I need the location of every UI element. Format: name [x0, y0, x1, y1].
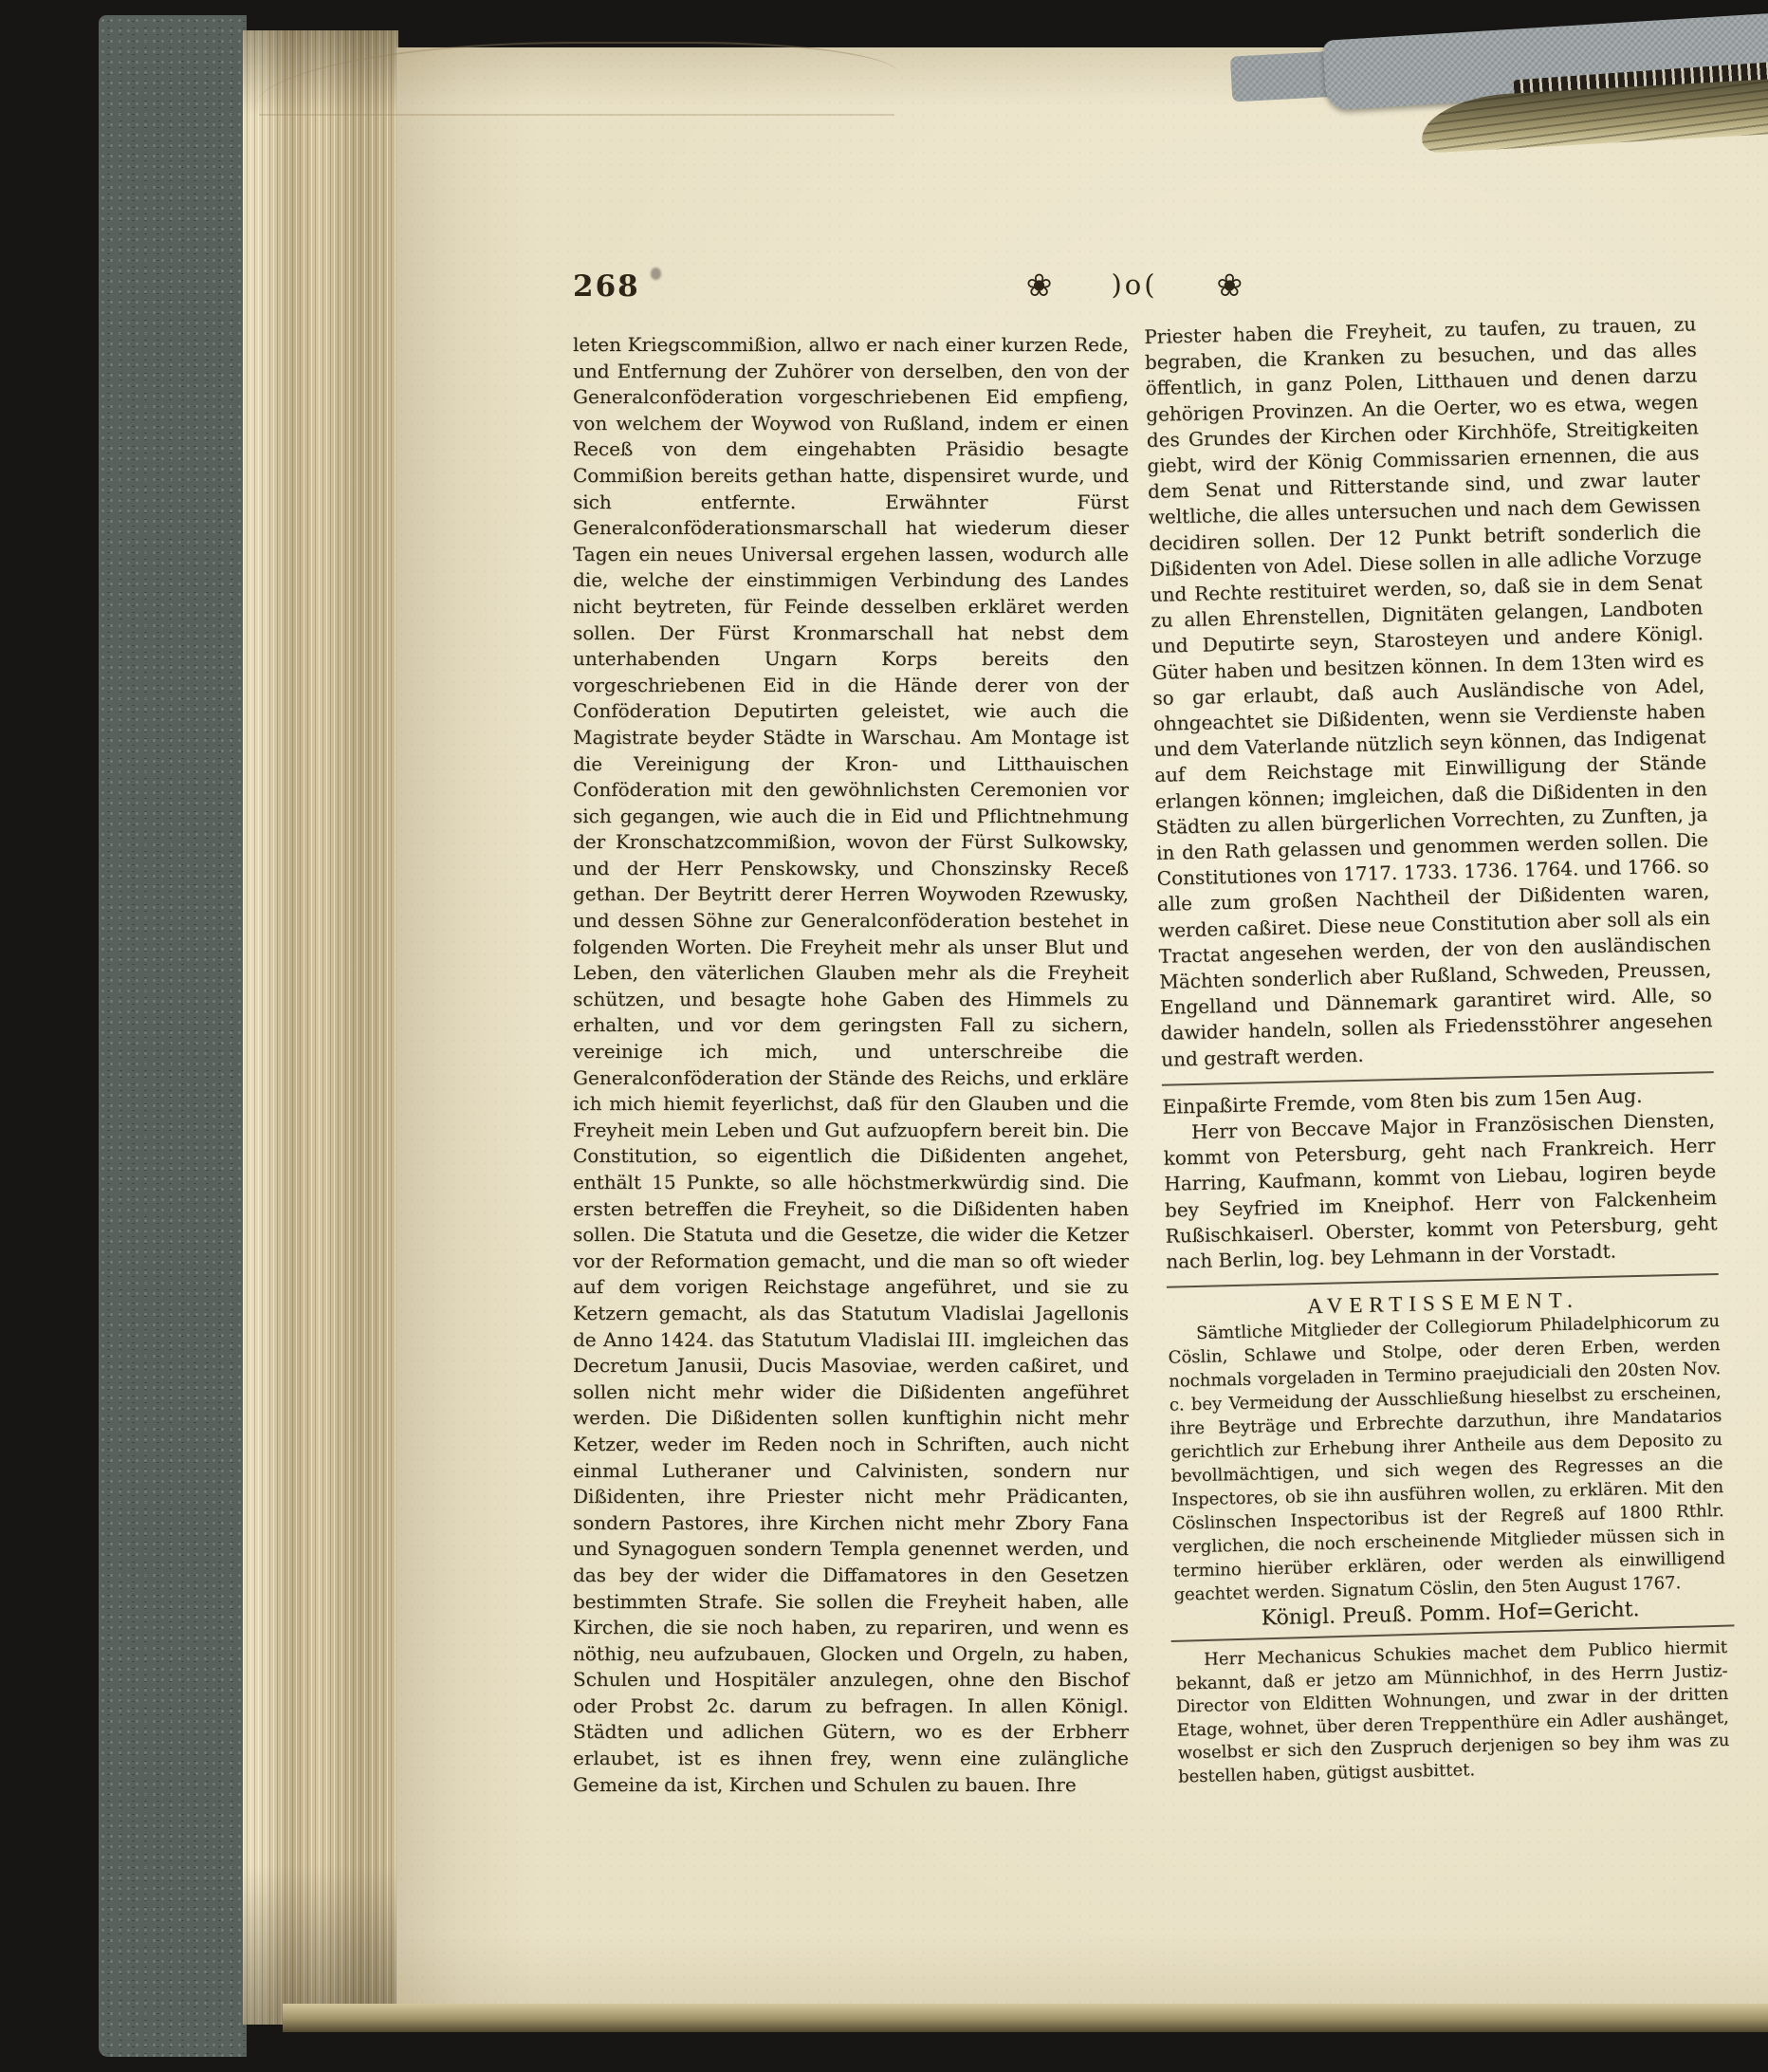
page-number: 268	[573, 269, 640, 304]
floral-ornament-icon: ❀	[1217, 269, 1243, 301]
avertissement-text: Sämtliche Mitglieder der Collegiorum Phi…	[1168, 1309, 1726, 1607]
right-column-text: Priester haben die Freyheit, zu taufen, …	[1144, 311, 1713, 1072]
page-bottom-edge	[283, 2004, 1768, 2032]
right-column: Priester haben die Freyheit, zu taufen, …	[1144, 311, 1730, 1789]
book-photo: 268 ❀ )o( ❀ leten Kriegscommißion, allwo…	[0, 0, 1768, 2072]
arrivals-text: Herr von Beccave Major in Französischen …	[1163, 1107, 1719, 1275]
book-cover-edge	[99, 15, 247, 2057]
book-page: 268 ❀ )o( ❀ leten Kriegscommißion, allwo…	[396, 47, 1768, 2019]
signature-mark: )o(	[1111, 271, 1157, 299]
public-notice-text: Herr Mechanicus Schukies machet dem Publ…	[1175, 1637, 1730, 1789]
left-column-text: leten Kriegscommißion, allwo er nach ein…	[573, 332, 1129, 1798]
page-header: 268 ❀ )o( ❀	[573, 269, 1696, 304]
floral-ornament-icon: ❀	[1026, 269, 1053, 301]
left-column: leten Kriegscommißion, allwo er nach ein…	[573, 332, 1129, 1798]
page-fore-edge-stack	[243, 30, 398, 2025]
header-ornaments: ❀ )o( ❀	[1026, 269, 1243, 301]
